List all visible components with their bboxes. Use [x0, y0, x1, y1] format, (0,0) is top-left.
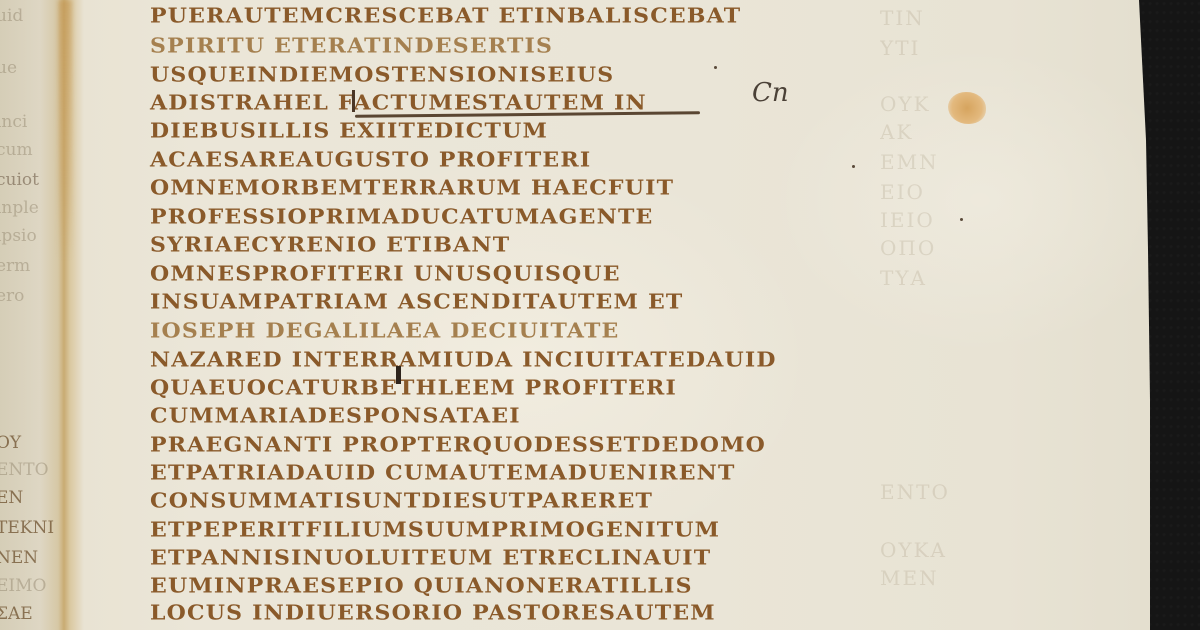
prev-page-line: ue: [0, 58, 56, 78]
text-line: SYRIAECYRENIO ETIBANT: [150, 235, 510, 255]
prev-page-line: ΕΝΤΟ: [0, 460, 56, 480]
text-line: EUMINPRAESEPIO QUIANONERATILLIS: [150, 576, 693, 596]
text-line: ADISTRAHEL FACTUMESTAUTEM IN: [150, 93, 647, 113]
prev-page-line: inci: [0, 112, 56, 132]
prev-page-line: ero: [0, 286, 56, 306]
text-line: QUAEUOCATURBETHLEEM PROFITERI: [150, 378, 677, 398]
insertion-mark: [352, 90, 361, 112]
prev-page-line: inple: [0, 198, 56, 218]
text-line: PRAEGNANTI PROPTERQUODESSETDEDOMO: [150, 435, 766, 455]
text-line: ETPATRIADAUID CUMAUTEMADUENIRENT: [150, 463, 736, 483]
text-line: ACAESAREAUGUSTO PROFITERI: [150, 150, 591, 170]
text-line: ETPANNISINUOLUITEUM ETRECLINAUIT: [150, 548, 711, 568]
text-line: CONSUMMATISUNTDIESUTPARERET: [150, 491, 653, 511]
prev-page-line: uid: [0, 6, 56, 26]
text-line: SPIRITU ETERATINDESERTIS: [150, 36, 553, 56]
ink-mark: [396, 366, 401, 384]
prev-page-line: cuiot: [0, 170, 56, 190]
prev-page-line: erm: [0, 256, 56, 276]
ghost-text: ΤΙΝ: [880, 6, 1040, 30]
parchment-leaf: uid ue inci cum cuiot inple ipsio erm er…: [0, 0, 1200, 630]
ghost-text: ΕΝΤΟ: [880, 480, 1040, 504]
ink-speck: [960, 218, 963, 221]
prev-page-line: ipsio: [0, 226, 56, 246]
prev-page-line: ΣΑΕ: [0, 604, 56, 624]
ghost-text: ΥΤΙ: [880, 36, 1040, 60]
ghost-text: ΕΜΝ: [880, 150, 1040, 174]
manuscript-photo: uid ue inci cum cuiot inple ipsio erm er…: [0, 0, 1200, 630]
text-line: PROFESSIOPRIMADUCATUMAGENTE: [150, 207, 654, 227]
ink-speck: [852, 165, 855, 168]
text-line: NAZARED INTERRAMIUDA INCIUITATEDAUID: [150, 350, 777, 370]
foxing-stain: [948, 92, 986, 124]
ink-speck: [714, 66, 717, 69]
text-line: INSUAMPATRIAM ASCENDITAUTEM ET: [150, 292, 683, 312]
text-line: OMNESPROFITERI UNUSQUISQUE: [150, 264, 621, 284]
text-line: CUMMARIADESPONSATAEI: [150, 406, 521, 426]
prev-page-line: cum: [0, 140, 56, 160]
text-line: PUERAUTEMCRESCEBAT ETINBALISCEBAT: [150, 6, 741, 26]
prev-page-line: ΟΥ: [0, 433, 56, 453]
ghost-text: ΟΠΟ: [880, 236, 1040, 260]
marginal-note: Cn: [752, 78, 789, 108]
text-line: ETPEPERITFILIUMSUUMPRIMOGENITUM: [150, 520, 720, 540]
ghost-text: ΑΚ: [880, 120, 1040, 144]
ghost-text: ΕΙΟ: [880, 180, 1040, 204]
ghost-text: ΤΥΑ: [880, 266, 1040, 290]
text-line: USQUEINDIEMOSTENSIONISEIUS: [150, 65, 614, 85]
text-line: IOSEPH DEGALILAEA DECIUITATE: [150, 321, 620, 341]
text-line: LOCUS INDIUERSORIO PASTORESAUTEM: [150, 603, 716, 623]
ghost-text: ΜΕΝ: [880, 566, 1040, 590]
prev-page-line: ΕΙΜΟ: [0, 576, 56, 596]
prev-page-line: ΕΝ: [0, 488, 56, 508]
ghost-text: ΟΥΚΑ: [880, 538, 1040, 562]
gutter-stain: [58, 0, 72, 260]
text-line: DIEBUSILLIS EXIITEDICTUM: [150, 121, 548, 141]
prev-page-line: ΝΕΝ: [0, 548, 56, 568]
prev-page-line: ΤΕΚΝΙ: [0, 518, 56, 538]
text-line: OMNEMORBEMTERRARUM HAECFUIT: [150, 178, 674, 198]
